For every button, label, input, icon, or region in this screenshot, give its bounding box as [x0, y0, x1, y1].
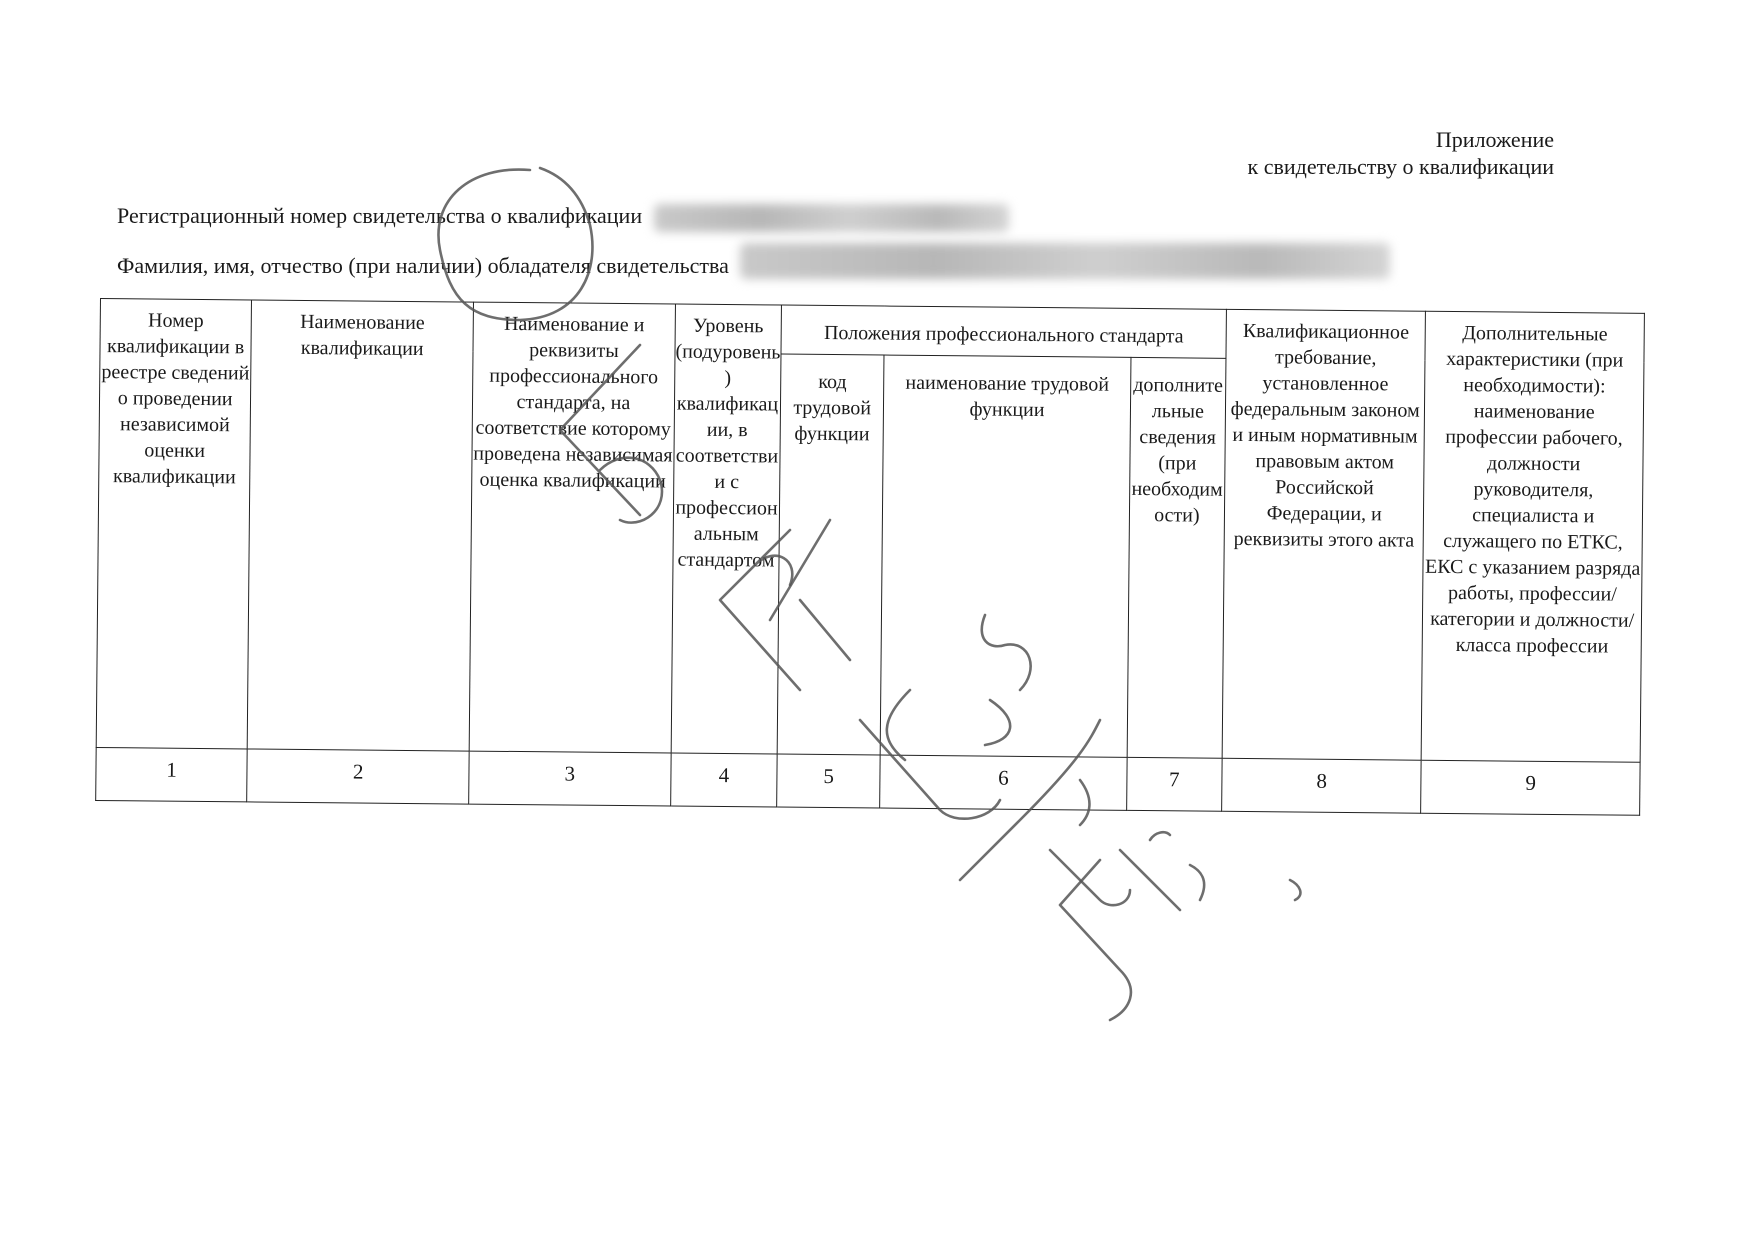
- col-number-4: 4: [670, 753, 777, 807]
- col-header-1: Номер квалификации в реестре сведений о …: [96, 299, 252, 749]
- col-number-7: 7: [1126, 757, 1222, 811]
- qualification-table-wrapper: Номер квалификации в реестре сведений о …: [95, 298, 1645, 816]
- col-header-4: Уровень (подуровень) квалификации, в соо…: [671, 304, 782, 754]
- col-number-5: 5: [777, 754, 881, 808]
- registration-number-redacted: [654, 204, 1009, 232]
- col-header-7: дополнительные сведения (при необходимос…: [1127, 357, 1226, 758]
- col-number-1: 1: [96, 747, 248, 801]
- col-header-8: Квалификационное требование, установленн…: [1222, 309, 1426, 760]
- appendix-subtitle: к свидетельству о квалификации: [1248, 153, 1554, 180]
- holder-name-label: Фамилия, имя, отчество (при наличии) обл…: [117, 253, 729, 278]
- col-header-9: Дополнительные характеристики (при необх…: [1422, 311, 1645, 762]
- registration-number-label: Регистрационный номер свидетельства о кв…: [117, 203, 642, 228]
- group-header-prof-standard: Положения профессионального стандарта: [781, 305, 1226, 358]
- col-header-3: Наименование и реквизиты профессионально…: [469, 302, 675, 753]
- registration-number-line: Регистрационный номер свидетельства о кв…: [117, 203, 1009, 232]
- col-number-3: 3: [469, 751, 671, 806]
- holder-name-redacted: [740, 243, 1390, 279]
- col-header-6: наименование трудовой функции: [880, 355, 1130, 757]
- holder-name-line: Фамилия, имя, отчество (при наличии) обл…: [117, 253, 1390, 279]
- appendix-title: Приложение: [1248, 126, 1554, 153]
- col-number-9: 9: [1421, 760, 1640, 815]
- appendix-heading: Приложение к свидетельству о квалификаци…: [1248, 126, 1554, 180]
- qualification-table: Номер квалификации в реестре сведений о …: [95, 298, 1645, 816]
- col-header-2: Наименование квалификации: [247, 300, 473, 751]
- col-number-6: 6: [880, 755, 1127, 810]
- col-number-8: 8: [1222, 758, 1422, 813]
- col-header-5: код трудовой функции: [777, 354, 884, 755]
- col-number-2: 2: [247, 749, 469, 804]
